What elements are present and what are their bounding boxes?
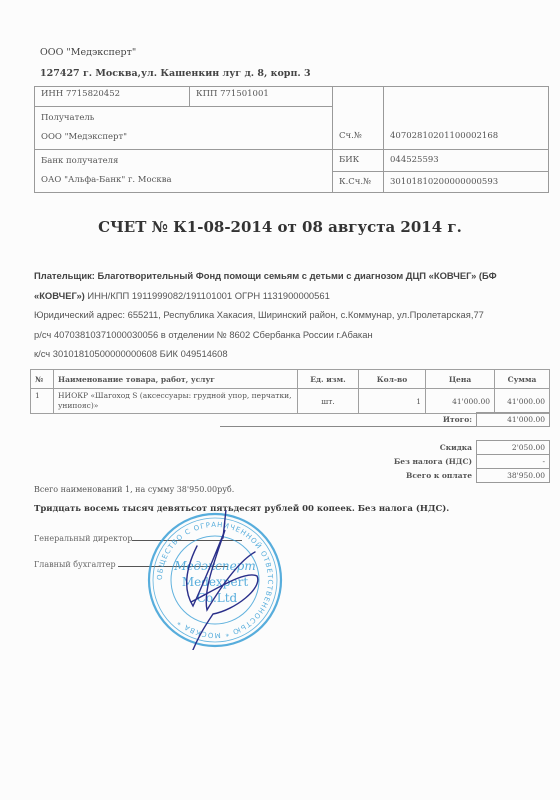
svg-text:Medexpert: Medexpert (182, 575, 248, 589)
row-number: 1 (31, 389, 54, 414)
total-value: 38'950.00 (477, 469, 550, 483)
stamp-icon: ОБЩЕСТВО С ОГРАНИЧЕННОЙ ОТВЕТСТВЕННОСТЬЮ… (145, 510, 285, 650)
subtotal-label: Итого: (220, 413, 477, 427)
col-qty: Кол-во (359, 370, 426, 389)
director-label: Генеральный директор (34, 534, 132, 543)
col-name: Наименование товара, работ, услуг (54, 370, 298, 389)
recipient-name: ООО "Медэксперт" (41, 128, 326, 147)
items-table: № Наименование товара, работ, услуг Ед. … (30, 369, 550, 414)
payer-ids: ИНН/КПП 1911999082/191101001 ОГРН 113190… (87, 290, 329, 301)
corr-account-label: К.Сч.№ (333, 171, 384, 193)
subtotal-value: 41'000.00 (477, 413, 550, 427)
vat-label: Без налога (НДС) (220, 455, 477, 469)
account-label: Сч.№ (333, 87, 384, 150)
discount-value: 2'050.00 (477, 441, 550, 455)
bank-label: Банк получателя (41, 152, 326, 171)
col-sum: Сумма (495, 370, 550, 389)
row-price: 41'000.00 (426, 389, 495, 414)
row-qty: 1 (359, 389, 426, 414)
payer-legal-address: Юридический адрес: 655211, Республика Ха… (34, 309, 484, 320)
vat-value: - (477, 455, 550, 469)
payer-label: Плательщик: (34, 270, 95, 281)
items-header-row: № Наименование товара, работ, услуг Ед. … (31, 370, 550, 389)
bank-details-table: ИНН 7715820452 КПП 771501001 Сч.№ 407028… (34, 86, 549, 193)
seller-name: ООО "Медэксперт" (40, 47, 136, 58)
col-unit: Ед. изм. (298, 370, 359, 389)
totals-table: Итого: 41'000.00 Скидка 2'050.00 Без нал… (220, 412, 550, 483)
bik-label: БИК (333, 150, 384, 172)
discount-label: Скидка (220, 441, 477, 455)
col-price: Цена (426, 370, 495, 389)
table-row: 1 НИОКР «Шагоход S (аксессуары: грудной … (31, 389, 550, 414)
invoice-page: ООО "Медэксперт" 127427 г. Москва,ул. Ка… (0, 0, 560, 800)
recipient-cell: Получатель ООО "Медэксперт" (35, 107, 333, 150)
summary-count: Всего наименований 1, на сумму 38'950.00… (34, 485, 234, 494)
bik-value: 044525593 (384, 150, 549, 172)
invoice-title: СЧЕТ № К1-08-2014 от 08 августа 2014 г. (0, 218, 560, 236)
seller-address: 127427 г. Москва,ул. Кашенкин луг д. 8, … (40, 68, 311, 79)
payer-corr-account: к/сч 30101810500000000608 БИК 049514608 (34, 348, 228, 359)
accountant-label: Главный бухгалтер (34, 560, 116, 569)
company-stamp: ОБЩЕСТВО С ОГРАНИЧЕННОЙ ОТВЕТСТВЕННОСТЬЮ… (145, 510, 285, 650)
account-value: 40702810201100002168 (384, 87, 549, 150)
row-unit: шт. (298, 389, 359, 414)
payer-block: Плательщик: Благотворительный Фонд помощ… (34, 266, 534, 364)
bank-name: ОАО "Альфа-Банк" г. Москва (41, 171, 326, 190)
payer-account: р/сч 40703810371000030056 в отделении № … (34, 329, 373, 340)
row-name: НИОКР «Шагоход S (аксессуары: грудной уп… (54, 389, 298, 414)
col-number: № (31, 370, 54, 389)
recipient-label: Получатель (41, 109, 326, 128)
inn-cell: ИНН 7715820452 (35, 87, 190, 107)
corr-account-value: 30101810200000000593 (384, 171, 549, 193)
kpp-cell: КПП 771501001 (190, 87, 333, 107)
row-sum: 41'000.00 (495, 389, 550, 414)
bank-cell: Банк получателя ОАО "Альфа-Банк" г. Моск… (35, 150, 333, 193)
total-label: Всего к оплате (220, 469, 477, 483)
